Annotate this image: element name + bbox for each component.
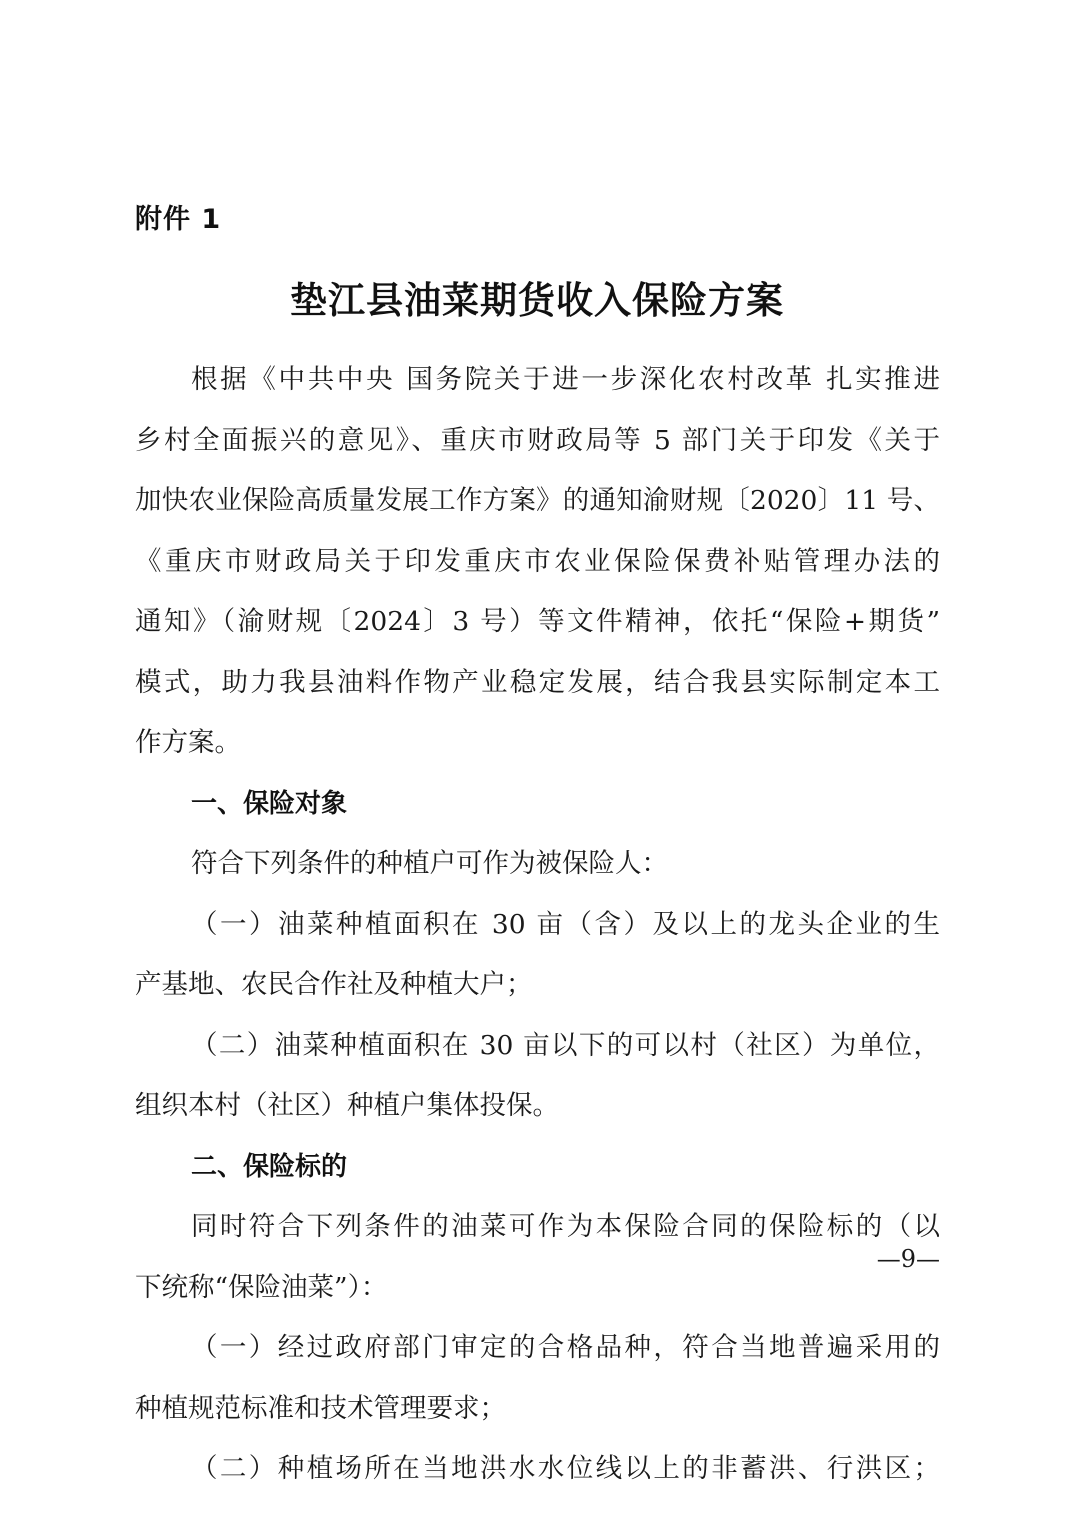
paragraph-line: 模式，助力我县油料作物产业稳定发展，结合我县实际制定本工 <box>135 653 940 714</box>
section-insured-party: 一、保险对象 符合下列条件的种植户可作为被保险人： （一）油菜种植面积在 30 … <box>135 774 940 1137</box>
paragraph-line: 产基地、农民合作社及种植大户； <box>135 955 940 1016</box>
paragraph-line: 符合下列条件的种植户可作为被保险人： <box>135 834 940 895</box>
section-heading: 二、保险标的 <box>135 1137 940 1198</box>
paragraph-line: 种植规范标准和技术管理要求； <box>135 1379 940 1440</box>
paragraph-line: 加快农业保险高质量发展工作方案》的通知渝财规〔2020〕11 号、 <box>135 471 940 532</box>
paragraph-line: 同时符合下列条件的油菜可作为本保险合同的保险标的（以 <box>135 1197 940 1258</box>
attachment-label: 附件 1 <box>135 200 221 240</box>
paragraph-line: 根据《中共中央 国务院关于进一步深化农村改革 扎实推进 <box>135 350 940 411</box>
paragraph-line: 作方案。 <box>135 713 940 774</box>
document-page: 附件 1 垫江县油菜期货收入保险方案 根据《中共中央 国务院关于进一步深化农村改… <box>0 0 1074 1520</box>
section-insured-subject: 二、保险标的 同时符合下列条件的油菜可作为本保险合同的保险标的（以 下统称“保险… <box>135 1137 940 1500</box>
paragraph-line: 《重庆市财政局关于印发重庆市农业保险保费补贴管理办法的 <box>135 532 940 593</box>
paragraph-line: 通知》（渝财规〔2024〕3 号）等文件精神，依托“保险+期货” <box>135 592 940 653</box>
paragraph-line: （一）经过政府部门审定的合格品种，符合当地普遍采用的 <box>135 1318 940 1379</box>
document-body: 根据《中共中央 国务院关于进一步深化农村改革 扎实推进 乡村全面振兴的意见》、重… <box>135 350 940 1500</box>
paragraph-line: 下统称“保险油菜”）： <box>135 1258 940 1319</box>
paragraph-line: （二）油菜种植面积在 30 亩以下的可以村（社区）为单位， <box>135 1016 940 1077</box>
intro-paragraph: 根据《中共中央 国务院关于进一步深化农村改革 扎实推进 乡村全面振兴的意见》、重… <box>135 350 940 774</box>
paragraph-line: 组织本村（社区）种植户集体投保。 <box>135 1076 940 1137</box>
page-number: —9— <box>877 1244 940 1274</box>
paragraph-line: （一）油菜种植面积在 30 亩（含）及以上的龙头企业的生 <box>135 895 940 956</box>
paragraph-line: 乡村全面振兴的意见》、重庆市财政局等 5 部门关于印发《关于 <box>135 411 940 472</box>
paragraph-line: （二）种植场所在当地洪水水位线以上的非蓄洪、行洪区； <box>135 1439 940 1500</box>
document-title: 垫江县油菜期货收入保险方案 <box>0 272 1074 328</box>
section-heading: 一、保险对象 <box>135 774 940 835</box>
